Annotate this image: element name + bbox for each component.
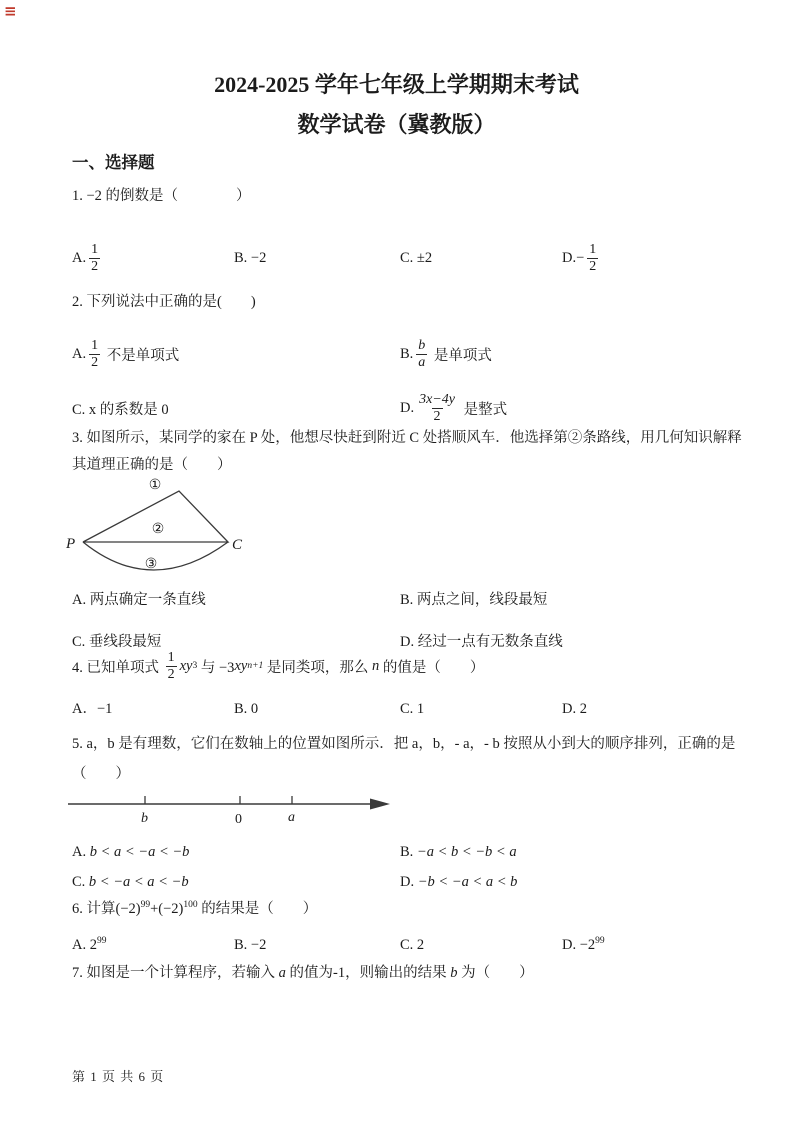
variable: xy <box>180 658 193 675</box>
q6-option-c: C. 2 <box>400 935 424 955</box>
option-math: −a < b < −b < a <box>417 844 517 860</box>
page-title: 2024-2025 学年七年级上学期期末考试 <box>0 68 793 99</box>
stem-text: 的值为-1，则输出的结果 <box>286 965 450 981</box>
exam-page: ≡ 2024-2025 学年七年级上学期期末考试 数学试卷（冀教版） 一、选择题… <box>0 0 793 1122</box>
q6-option-d: D. −299 <box>562 935 605 955</box>
fraction: 1 2 <box>89 338 100 370</box>
variable: a <box>279 965 286 981</box>
option-math: −b < −a < a < b <box>418 874 518 890</box>
fraction: 3x−4y 2 <box>417 392 457 424</box>
question-7-stem: 7. 如图是一个计算程序，若输入 a 的值为-1，则输出的结果 b 为（ ） <box>72 963 534 983</box>
denominator: a <box>416 354 427 371</box>
arrowhead <box>370 799 390 810</box>
q2-option-a: A. 1 2 不是单项式 <box>72 334 179 374</box>
variable: xy <box>234 658 247 675</box>
route-2-label: ② <box>152 522 165 537</box>
q2-option-c: C. x 的系数是 0 <box>72 388 169 428</box>
q4-option-a: A．−1 <box>72 699 112 719</box>
stem-text: 与 −3 <box>197 656 234 677</box>
numerator: b <box>416 338 427 354</box>
denominator: 2 <box>89 258 100 275</box>
option-math: b < a < −a < −b <box>90 844 190 860</box>
option-text: D. −2 <box>562 937 595 953</box>
q4-option-b: B. 0 <box>234 699 258 719</box>
option-label: A. <box>72 346 86 363</box>
label-zero: 0 <box>235 812 242 827</box>
point-p-label: P <box>65 536 75 552</box>
q1-option-c: C. ±2 <box>400 238 432 278</box>
stem-text: 的结果是（ ） <box>198 901 318 917</box>
question-6-stem: 6. 计算(−2)99+(−2)100 的结果是（ ） <box>72 899 317 919</box>
option-label: D. <box>400 874 418 890</box>
q3-option-a: A. 两点确定一条直线 <box>72 590 206 610</box>
variable: n <box>372 658 379 675</box>
exponent: 100 <box>183 900 197 910</box>
numerator: 1 <box>89 242 100 258</box>
option-text: B. −2 <box>234 250 266 267</box>
stem-text: 的值是（ ） <box>379 656 484 677</box>
numerator: 1 <box>166 650 177 666</box>
point-c-label: C <box>232 537 243 553</box>
option-label: B. <box>400 346 413 363</box>
option-label: D. <box>562 250 576 267</box>
option-math: b < −a < a < −b <box>89 874 189 890</box>
q6-option-b: B. −2 <box>234 935 266 955</box>
option-label: B. <box>400 844 417 860</box>
q5-option-a: A. b < a < −a < −b <box>72 842 189 862</box>
question-2-stem: 2. 下列说法中正确的是( ) <box>72 292 256 312</box>
denominator: 2 <box>432 408 443 425</box>
q2-option-b: B. b a 是单项式 <box>400 334 492 374</box>
stem-text: 6. 计算(−2) <box>72 901 141 917</box>
option-text: A. 2 <box>72 937 97 953</box>
fraction: 1 2 <box>89 242 100 274</box>
stem-text: 7. 如图是一个计算程序，若输入 <box>72 965 279 981</box>
denominator: 2 <box>89 354 100 371</box>
question-4-stem: 4. 已知单项式 1 2 xy3 与 −3 xyn+1 是同类项，那么 n 的值… <box>72 648 484 684</box>
option-label: C. <box>72 874 89 890</box>
option-text: 是单项式 <box>430 344 492 365</box>
q1-option-b: B. −2 <box>234 238 266 278</box>
option-label: A. <box>72 250 86 267</box>
label-a: a <box>288 810 295 825</box>
fraction: 1 2 <box>166 650 177 682</box>
option-text: C. ±2 <box>400 250 432 267</box>
page-subtitle: 数学试卷（冀教版） <box>0 108 793 139</box>
numerator: 1 <box>89 338 100 354</box>
question-5-stem-line1: 5. a，b 是有理数，它们在数轴上的位置如图所示．把 a，b，- a，- b … <box>72 734 735 754</box>
numerator: 1 <box>587 242 598 258</box>
stem-text: +(−2) <box>150 901 183 917</box>
denominator: 2 <box>587 258 598 275</box>
question-1-stem: 1. −2 的倒数是（ ） <box>72 186 251 206</box>
label-b: b <box>141 811 148 826</box>
page-number: 第 1 页 共 6 页 <box>72 1066 164 1085</box>
q6-option-a: A. 299 <box>72 935 106 955</box>
exponent: 99 <box>141 900 151 910</box>
minus-sign: − <box>576 250 584 267</box>
stem-text: 是同类项，那么 <box>263 656 372 677</box>
denominator: 2 <box>166 666 177 683</box>
numerator: 3x−4y <box>417 392 457 408</box>
option-text: 是整式 <box>460 398 507 419</box>
option-label: A. <box>72 844 90 860</box>
route-3-label: ③ <box>145 557 158 572</box>
q5-option-b: B. −a < b < −b < a <box>400 842 517 862</box>
q5-option-d: D. −b < −a < a < b <box>400 872 517 892</box>
fraction: b a <box>416 338 427 370</box>
exponent: 99 <box>595 936 605 946</box>
question-5-stem-line2: （ ） <box>72 764 130 784</box>
route-figure-svg: ① ② ③ P C <box>64 472 256 584</box>
route-1-label: ① <box>149 478 162 493</box>
option-text: C. x 的系数是 0 <box>72 398 169 419</box>
option-label: D. <box>400 400 414 417</box>
stem-text: 4. 已知单项式 <box>72 656 163 677</box>
section-heading: 一、选择题 <box>72 149 155 173</box>
q1-option-d: D. − 1 2 <box>562 238 601 278</box>
q5-option-c: C. b < −a < a < −b <box>72 872 189 892</box>
q4-option-d: D. 2 <box>562 699 587 719</box>
menu-icon: ≡ <box>4 2 17 20</box>
numberline-svg: b 0 a <box>62 788 394 830</box>
exponent: 99 <box>97 936 107 946</box>
q3-option-b: B. 两点之间，线段最短 <box>400 590 547 610</box>
question-3-stem-line1: 3. 如图所示，某同学的家在 P 处，他想尽快赶到附近 C 处搭顺风车．他选择第… <box>72 428 742 448</box>
q2-option-d: D. 3x−4y 2 是整式 <box>400 388 507 428</box>
stem-text: 为（ ） <box>457 965 533 981</box>
fraction: 1 2 <box>587 242 598 274</box>
q4-option-c: C. 1 <box>400 699 424 719</box>
option-text: 不是单项式 <box>103 344 179 365</box>
q1-option-a: A. 1 2 <box>72 238 103 278</box>
